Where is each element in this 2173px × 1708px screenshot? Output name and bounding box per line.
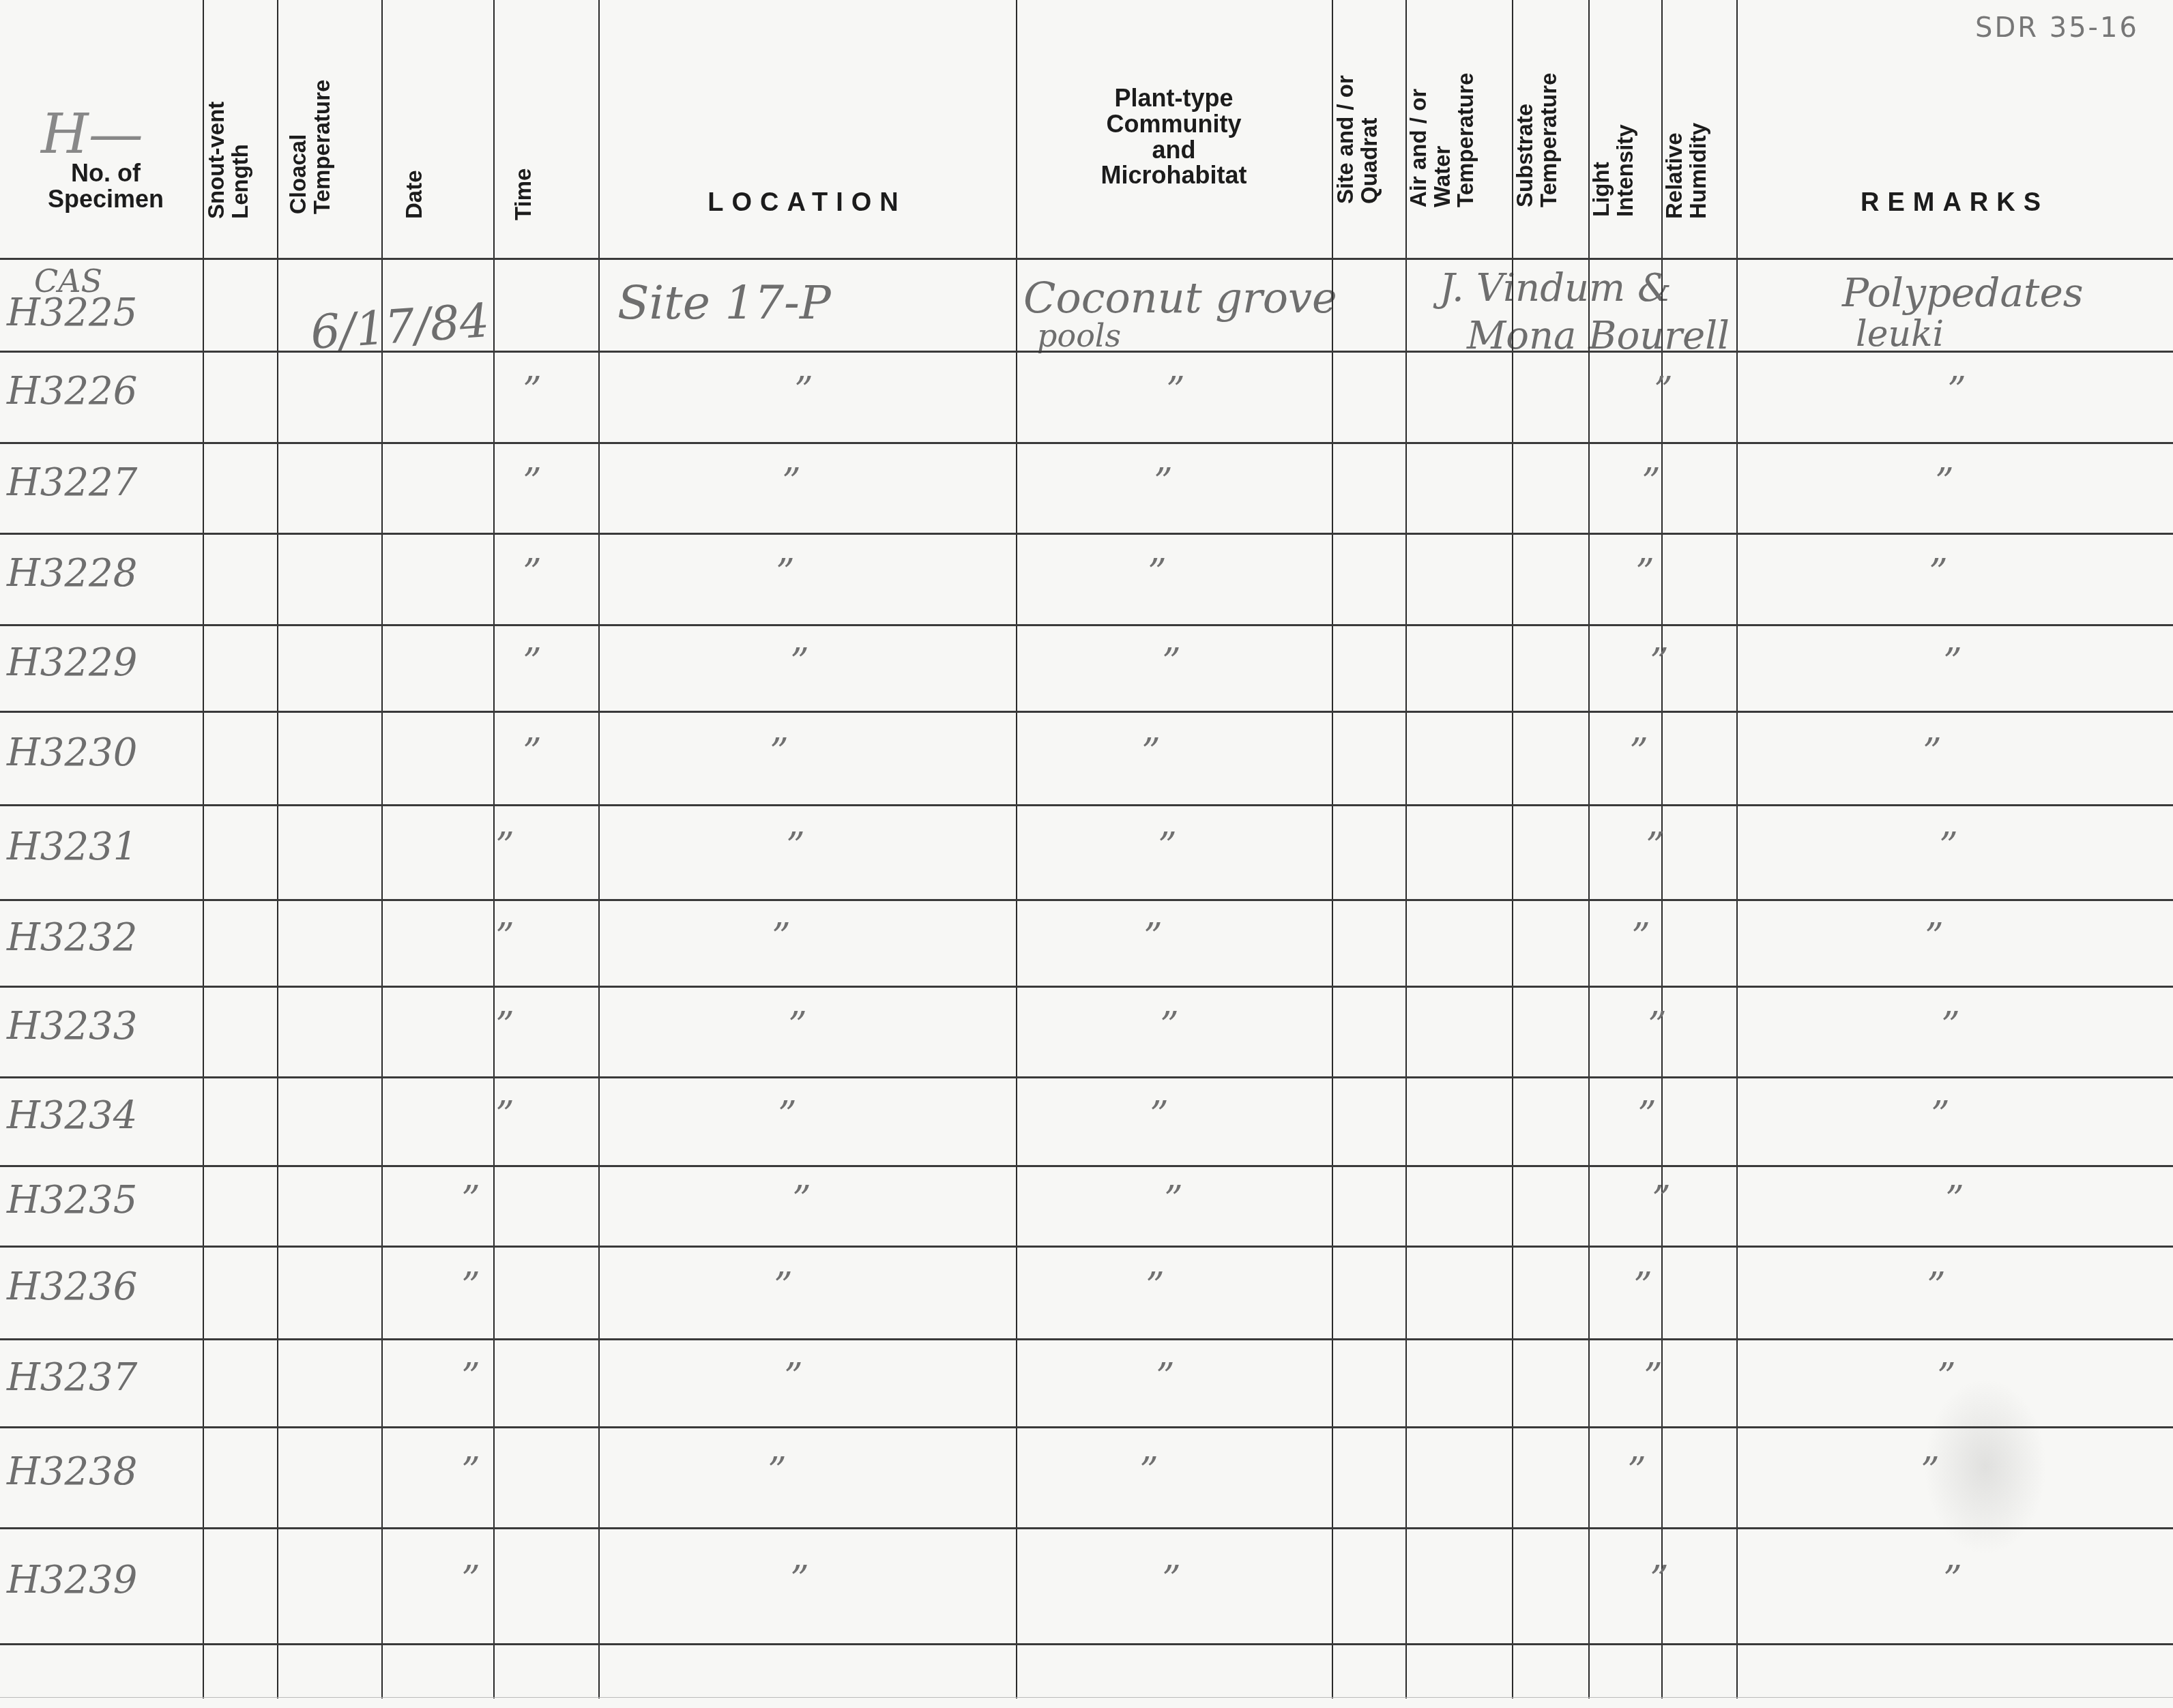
ditto-mark: ” [778,1093,797,1136]
ditto-mark: ” [1650,640,1669,683]
row1-remarks-2: leuki [1856,314,1944,355]
ditto-mark: ” [461,1178,480,1221]
ditto-mark: ” [794,369,813,412]
ditto-mark: ” [1631,915,1650,958]
ditto-mark: ” [792,1178,811,1221]
series-mark: H— [41,102,143,166]
row-divider [0,1643,2173,1645]
ditto-mark: ” [461,1449,480,1492]
specimen-number: H3225 [7,291,137,335]
row-divider [0,1426,2173,1428]
ditto-mark: ” [768,1449,787,1492]
ditto-mark: ” [776,551,795,594]
column-divider [493,0,495,1698]
ditto-mark: ” [790,1558,809,1601]
row-divider [0,899,2173,901]
ditto-mark: ” [1166,369,1185,412]
ditto-mark: ” [1935,460,1954,503]
ditto-mark: ” [1646,825,1665,868]
column-divider [1405,0,1407,1698]
header-date: Date [403,136,471,252]
ditto-mark: ” [1629,731,1648,774]
ditto-mark: ” [523,640,542,683]
ditto-mark: ” [1923,731,1942,774]
sheet-bottom-edge [0,1697,2173,1698]
column-divider [1332,0,1333,1698]
ditto-mark: ” [495,825,514,868]
row-divider [0,804,2173,806]
ditto-mark: ” [1162,640,1181,683]
column-divider [598,0,600,1698]
ditto-mark: ” [1148,551,1167,594]
ditto-mark: ” [1164,1178,1183,1221]
ditto-mark: ” [1154,460,1173,503]
ditto-mark: ” [772,915,791,958]
header-specimen: No. of Specimen [14,160,198,212]
ditto-mark: ” [788,1004,807,1047]
ditto-mark: ” [1146,1265,1165,1308]
specimen-record-sheet: SDR 35-16 H— No. of Specimen Snout-vent … [0,0,2173,1708]
row-divider [0,1527,2173,1529]
ditto-mark: ” [1635,551,1654,594]
ditto-mark: ” [523,551,542,594]
header-time: Time [512,136,580,252]
specimen-number: H3235 [7,1178,137,1222]
row1-location: Site 17-P [617,276,831,330]
row-divider [0,442,2173,444]
ditto-mark: ” [790,640,809,683]
ditto-mark: ” [1143,915,1163,958]
ditto-mark: ” [1941,1004,1960,1047]
specimen-number: H3229 [7,640,137,685]
row-divider [0,1165,2173,1167]
header-cloacal-temperature: Cloacal Temperature [287,41,375,252]
row1-plant-type-2: pools [1037,317,1121,354]
ditto-mark: ” [461,1265,480,1308]
ditto-mark: ” [495,915,514,958]
ditto-mark: ” [1929,551,1948,594]
column-divider [277,0,278,1698]
row-divider [0,711,2173,713]
specimen-number: H3226 [7,369,137,413]
column-divider [203,0,204,1698]
row-divider [0,351,2173,353]
row-divider [0,624,2173,626]
ditto-mark: ” [523,731,542,774]
ditto-mark: ” [1141,731,1161,774]
ditto-mark: ” [1162,1558,1181,1601]
header-snout-vent: Snout-vent Length [205,68,273,252]
specimen-number: H3230 [7,731,137,775]
specimen-number: H3231 [7,825,137,869]
specimen-number: H3234 [7,1093,137,1138]
specimen-number: H3227 [7,460,137,505]
ditto-mark: ” [1627,1449,1646,1492]
column-divider [1588,0,1590,1698]
specimen-number: H3239 [7,1558,137,1602]
row1-remarks-1: Polypedates [1842,269,2083,316]
row-divider [0,258,2173,260]
row-divider [0,1076,2173,1078]
ditto-mark: ” [1921,1449,1940,1492]
ditto-mark: ” [1927,1265,1946,1308]
ditto-mark: ” [1648,1004,1667,1047]
ditto-mark: ” [1947,369,1966,412]
ditto-mark: ” [461,1558,480,1601]
ditto-mark: ” [1654,369,1673,412]
row-divider [0,533,2173,535]
ditto-mark: ” [1925,915,1944,958]
ditto-mark: ” [784,1355,803,1398]
header-remarks: REMARKS [1736,190,2173,217]
ditto-mark: ” [1139,1449,1158,1492]
ditto-mark: ” [1939,825,1958,868]
ditto-mark: ” [1158,825,1177,868]
specimen-number: H3228 [7,551,137,595]
ditto-mark: ” [495,1004,514,1047]
column-divider [1512,0,1513,1698]
ditto-mark: ” [1633,1265,1652,1308]
specimen-number: H3237 [7,1355,137,1400]
header-light-intensity: Light Intensity [1590,89,1659,252]
ditto-mark: ” [523,369,542,412]
header-plant-type: Plant-type Community and Microhabitat [1016,85,1332,188]
ditto-mark: ” [1156,1355,1175,1398]
specimen-number: H3236 [7,1265,137,1309]
ditto-mark: ” [523,460,542,503]
ditto-mark: ” [1642,460,1661,503]
row1-plant-type-1: Coconut grove [1023,273,1337,323]
row-divider [0,1338,2173,1340]
ditto-mark: ” [1150,1093,1169,1136]
specimen-number: H3232 [7,915,137,960]
ditto-mark: ” [1160,1004,1179,1047]
ditto-mark: ” [495,1093,514,1136]
ditto-mark: ” [786,825,805,868]
header-site-quadrat: Site and / or Quadrat [1334,27,1402,252]
column-divider [1736,0,1738,1698]
ditto-mark: ” [1945,1178,1964,1221]
ditto-mark: ” [782,460,801,503]
ditto-mark: ” [1650,1558,1669,1601]
sheet-id: SDR 35-16 [1975,12,2139,44]
header-relative-humidity: Relative Humidity [1663,89,1735,252]
ditto-mark: ” [770,731,789,774]
header-substrate-temperature: Substrate Temperature [1513,27,1586,252]
ditto-mark: ” [1652,1178,1671,1221]
header-air-water-temperature: Air and / or Water Temperature [1407,27,1509,252]
column-divider [1016,0,1017,1698]
ditto-mark: ” [1937,1355,1956,1398]
ditto-mark: ” [1943,640,1962,683]
specimen-number: H3238 [7,1449,137,1494]
row-divider [0,1246,2173,1248]
header-location: LOCATION [598,190,1016,217]
specimen-number: H3233 [7,1004,137,1048]
row1-collectors-1: J. Vindum & [1440,266,1672,310]
ditto-mark: ” [1943,1558,1962,1601]
ditto-mark: ” [774,1265,793,1308]
ditto-mark: ” [1637,1093,1657,1136]
ditto-mark: ” [461,1355,480,1398]
ditto-mark: ” [1644,1355,1663,1398]
column-divider [381,0,383,1698]
ditto-mark: ” [1931,1093,1950,1136]
row-divider [0,986,2173,988]
